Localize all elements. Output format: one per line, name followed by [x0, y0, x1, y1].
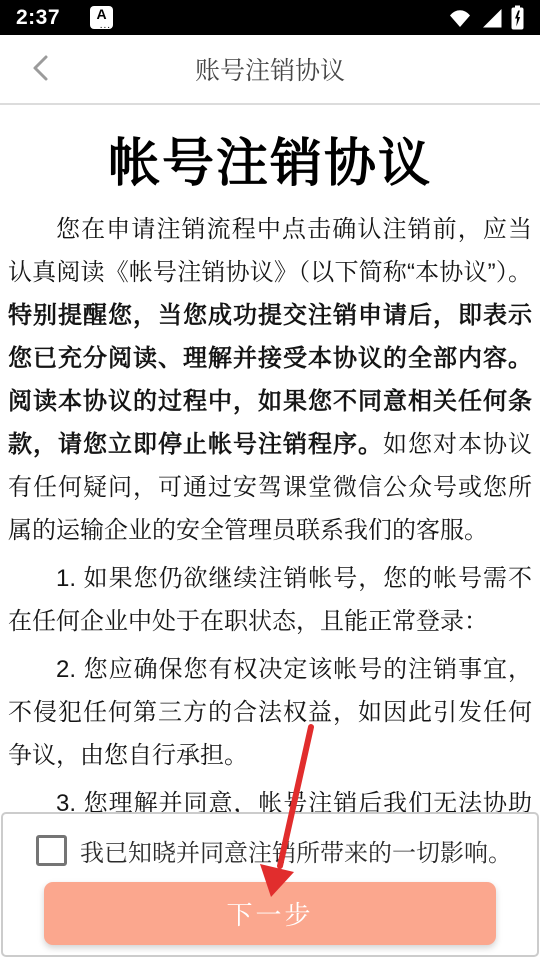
paragraph-text: 您在申请注销流程中点击确认注销前，应当认真阅读《帐号注销协议》（以下简称“本协议… [8, 216, 532, 286]
agreement-paragraph: 2. 您应确保您有权决定该帐号的注销事宜，不侵犯任何第三方的合法权益，如因此引发… [8, 648, 532, 777]
next-step-button[interactable]: 下一步 [44, 882, 496, 945]
battery-charging-icon [511, 5, 524, 30]
consent-checkbox-label[interactable]: 我已知晓并同意注销所带来的一切影响。 [80, 833, 512, 868]
consent-checkbox[interactable] [36, 835, 67, 866]
status-icons [447, 5, 524, 30]
agreement-title: 帐号注销协议 [8, 121, 532, 196]
chevron-left-icon [25, 51, 59, 85]
page-title: 账号注销协议 [195, 51, 345, 87]
consent-row[interactable]: 我已知晓并同意注销所带来的一切影响。 [36, 833, 523, 868]
clock: 2:37 [16, 6, 60, 30]
agreement-paragraph: 您在申请注销流程中点击确认注销前，应当认真阅读《帐号注销协议》（以下简称“本协议… [8, 208, 532, 552]
header: 账号注销协议 [0, 35, 540, 105]
consent-bottom-sheet: 我已知晓并同意注销所带来的一切影响。 下一步 [1, 812, 539, 957]
back-button[interactable] [24, 51, 60, 87]
wifi-icon [447, 6, 473, 30]
agreement-paragraph: 1. 如果您仍欲继续注销帐号，您的帐号需不在任何企业中处于在职状态，且能正常登录… [8, 557, 532, 643]
a-notification-icon: A ... [90, 6, 113, 29]
status-bar: 2:37 A ... [0, 0, 540, 35]
cellular-signal-icon [480, 6, 504, 30]
app-screen: 2:37 A ... 账号注销协议 帐号 [0, 0, 540, 960]
